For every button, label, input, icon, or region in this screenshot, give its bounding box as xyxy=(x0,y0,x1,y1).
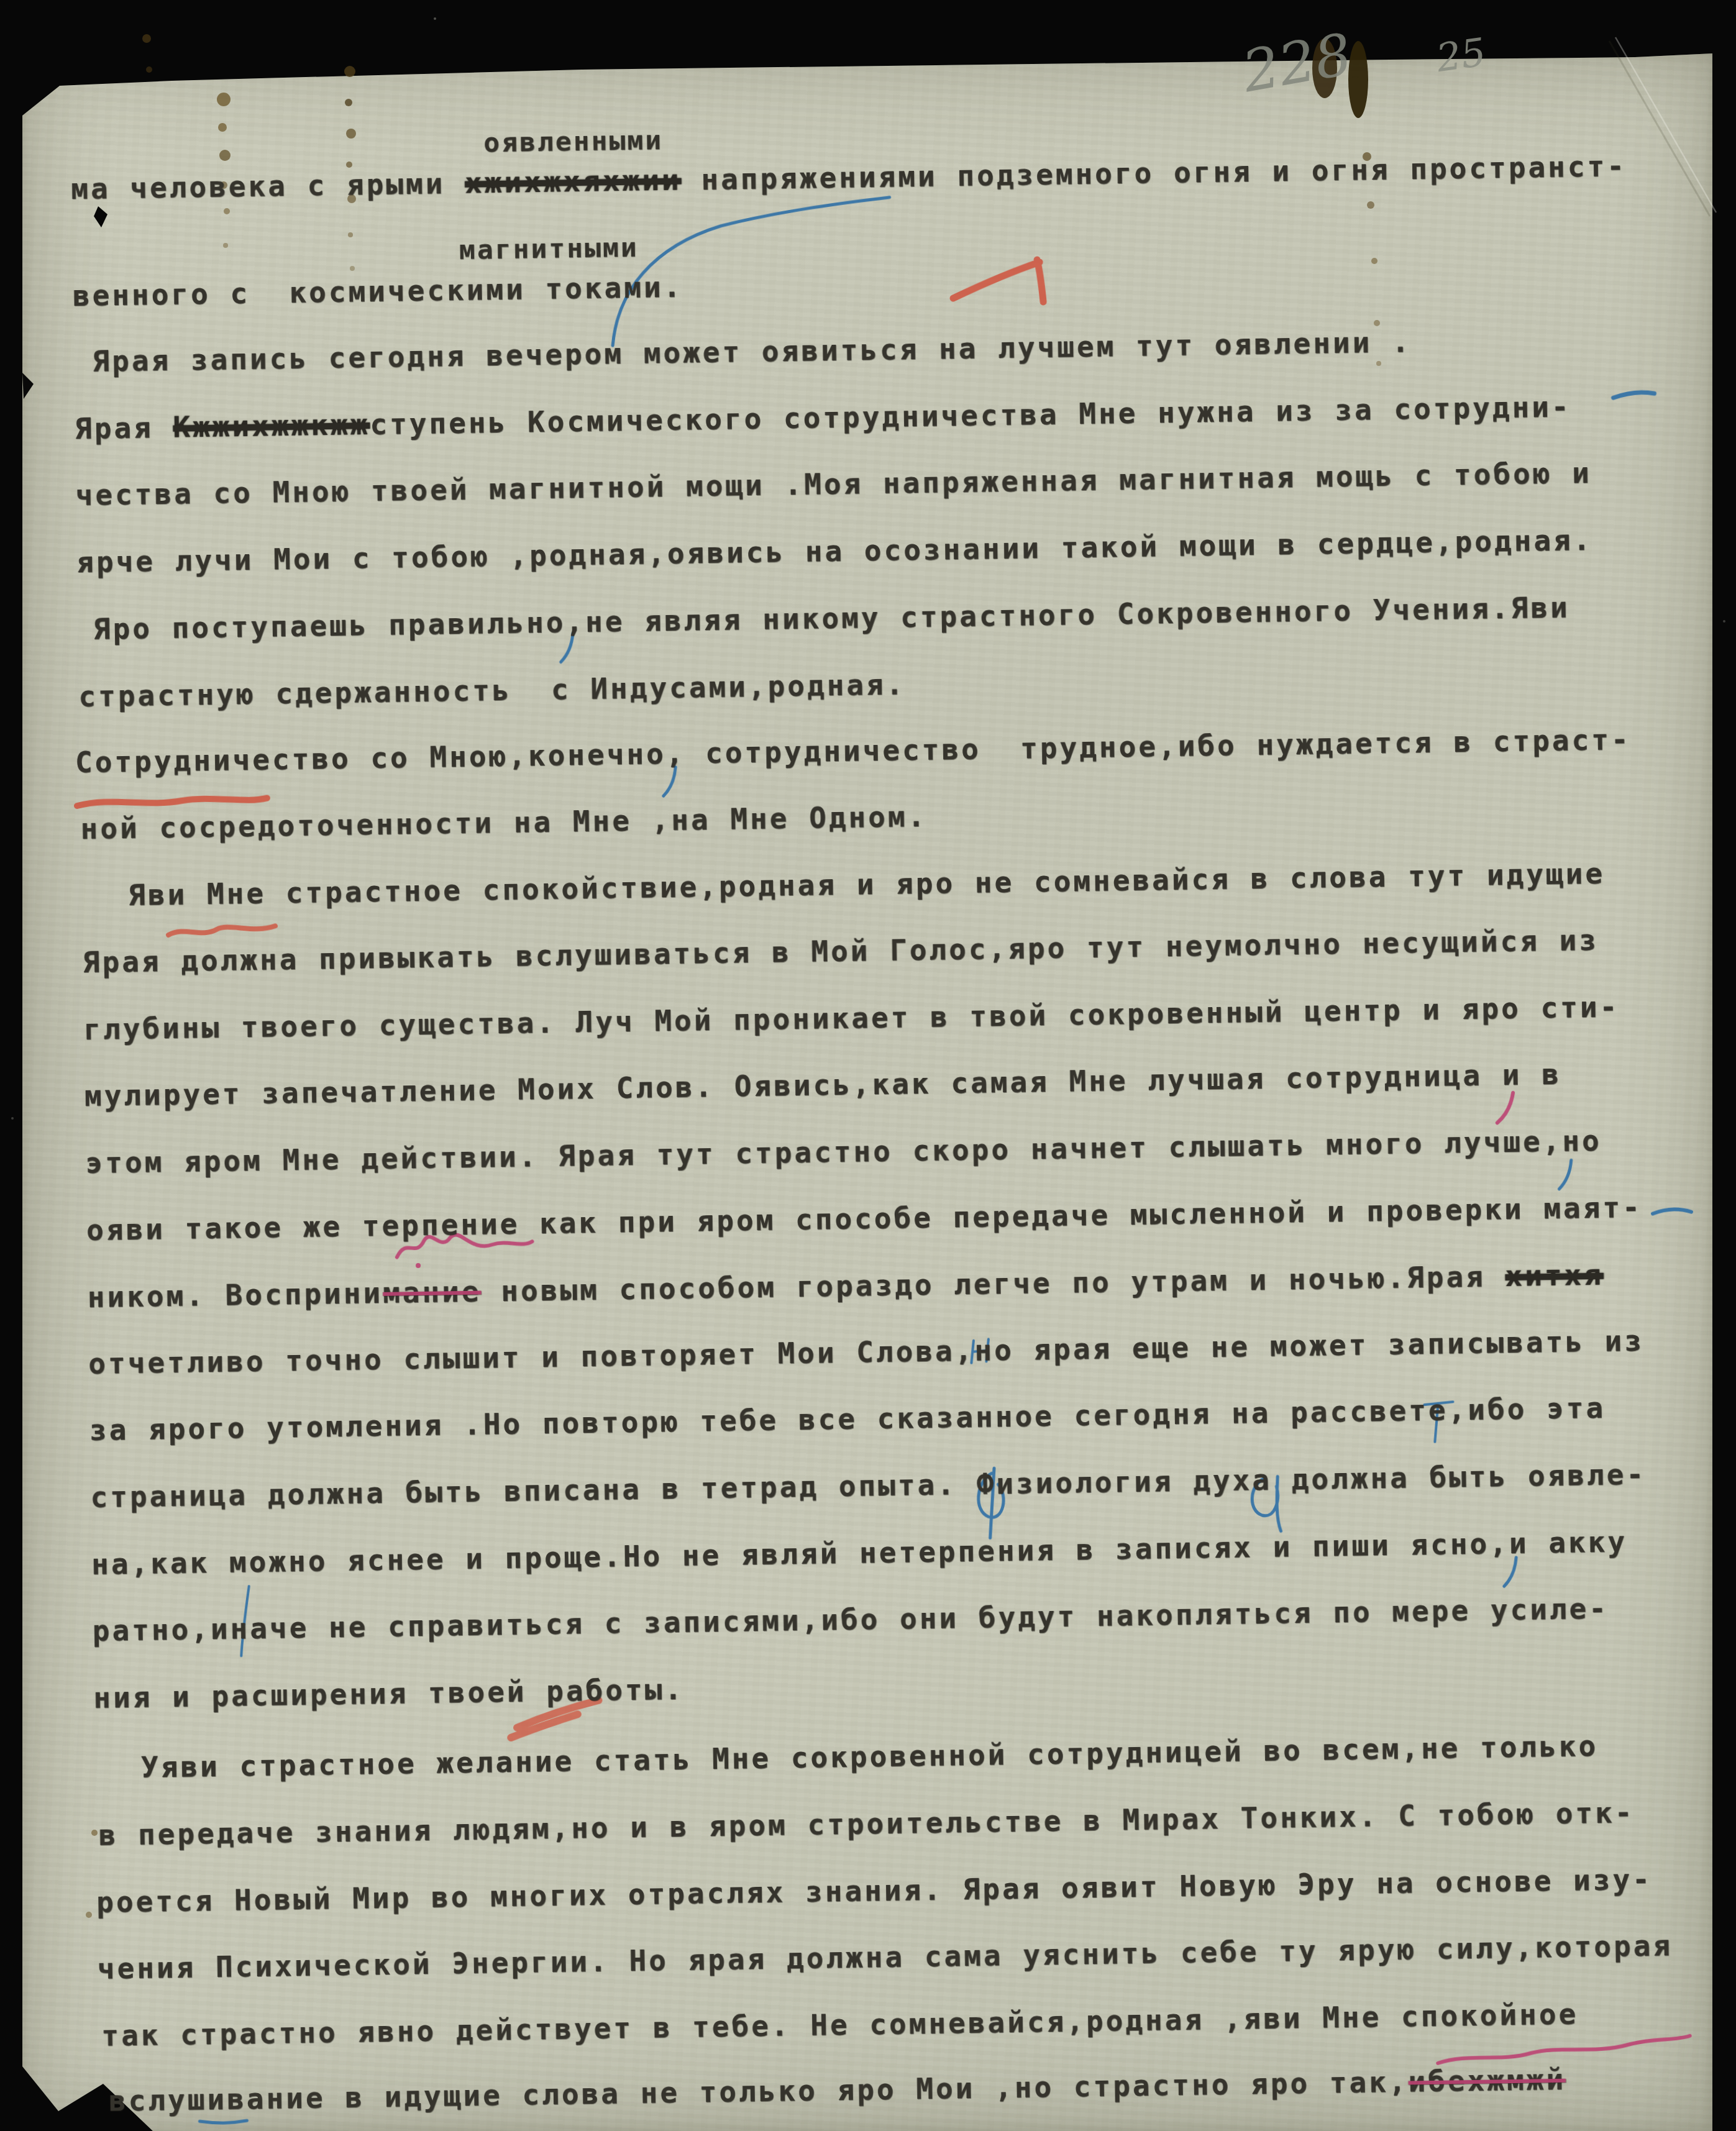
typed-line: мулирует запечатление Моих Слов. Оявись,… xyxy=(85,1060,1561,1110)
typed-text: в передаче знания людям,но и в яром стро… xyxy=(98,1796,1635,1852)
typed-text: на,как можно яснее и проще.Но не являй н… xyxy=(91,1525,1628,1581)
typed-text: чества со Мною твоей магнитной мощи .Моя… xyxy=(75,456,1592,512)
typed-line: венного с космическими токами. xyxy=(72,273,683,311)
typed-line: чества со Мною твоей магнитной мощи .Моя… xyxy=(75,459,1592,509)
typed-line: страница должна быть вписана в тетрад оп… xyxy=(90,1460,1646,1512)
typed-line: Ярая должна привыкать вслушиваться в Мой… xyxy=(82,926,1599,977)
typed-text: ния и расширения твоей работы. xyxy=(93,1672,685,1715)
typed-text: ма человека с ярыми xyxy=(71,167,465,206)
blue-end-dash xyxy=(1653,1209,1691,1213)
typed-text: за ярого утомления .Но повторю тебе все … xyxy=(89,1391,1606,1447)
typed-text: Яро поступаешь правильно,не являя никому… xyxy=(93,590,1570,646)
typed-line: Ярая Кжжихжжкжжступень Космического сотр… xyxy=(75,392,1571,443)
pink-struck-text: ибехжмжй xyxy=(1408,2063,1566,2099)
typed-text: чения Психической Энергии. Но ярая должн… xyxy=(97,1928,1673,1986)
typed-line: Уяви страстное желание стать Мне сокрове… xyxy=(141,1732,1599,1782)
typed-line: этом яром Мне действии. Ярая тут страстн… xyxy=(85,1126,1602,1177)
typed-line: вслушивание в идущие слова не только яро… xyxy=(109,2065,1566,2115)
typed-text: Уяви страстное желание стать Мне сокрове… xyxy=(141,1729,1599,1784)
typed-line: роется Новый Мир во многих отраслях знан… xyxy=(96,1865,1652,1917)
typed-text: ной сосредоточенности на Мне ,на Мне Одн… xyxy=(80,800,928,846)
blue-comma-mark xyxy=(663,767,676,796)
typed-text: ратно,иначе не справиться с записями,ибо… xyxy=(92,1592,1609,1648)
typed-text: новым способом гораздо легче по утрам и … xyxy=(481,1259,1505,1308)
scanned-document: 228 25 ма че xyxy=(0,0,1736,2131)
typed-line: Яро поступаешь правильно,не являя никому… xyxy=(93,593,1569,643)
typed-text: роется Новый Мир во многих отраслях знан… xyxy=(96,1863,1652,1919)
typed-text: ступень Космического сотрудничества Мне … xyxy=(370,390,1571,441)
typed-line: ником. Воспринимание новым способом гора… xyxy=(87,1261,1604,1312)
typed-text: Ярая xyxy=(75,411,173,445)
typed-line: глубины твоего существа. Луч Мой проника… xyxy=(83,992,1620,1044)
blue-underline-mark xyxy=(199,2120,247,2123)
typed-text: ярче лучи Мои с тобою ,родная,оявись на … xyxy=(76,523,1593,579)
typed-line: на,как можно яснее и проще.Но не являй н… xyxy=(91,1527,1628,1579)
typed-line: в передаче знания людям,но и в яром стро… xyxy=(98,1798,1635,1850)
typed-line: чения Психической Энергии. Но ярая должн… xyxy=(97,1931,1673,1983)
red-squiggle xyxy=(168,926,275,935)
typed-text: ояви такое же терпение как при яром спос… xyxy=(86,1190,1642,1247)
typed-text: Яви Мне страстное спокойствие,родная и я… xyxy=(128,857,1606,912)
typed-text: Ярая должна привыкать вслушиваться в Мой… xyxy=(82,923,1599,979)
interlinear-insertion: магнитными xyxy=(459,235,639,264)
typed-line: так страстно явно действует в тебе. Не с… xyxy=(101,1999,1578,2050)
typed-text: мулирует запечатление Моих Слов. Оявись,… xyxy=(85,1057,1562,1113)
blue-comma-mark xyxy=(1559,1160,1572,1189)
typed-text: глубины твоего существа. Луч Мой проника… xyxy=(83,990,1620,1046)
typed-text: страстную сдержанность с Индусами,родная… xyxy=(78,667,906,713)
typed-text: венного с космическими токами. xyxy=(72,270,683,313)
blue-end-dash xyxy=(1613,392,1654,398)
typed-line: Ярая запись сегодня вечером может оявить… xyxy=(92,327,1412,375)
typed-line: ояви такое же терпение как при яром спос… xyxy=(86,1193,1642,1244)
typed-line: отчетливо точно слышит и повторяет Мои С… xyxy=(88,1326,1644,1378)
typed-line: ратно,иначе не справиться с записями,ибо… xyxy=(92,1594,1609,1645)
typed-text: страница должна быть вписана в тетрад оп… xyxy=(90,1458,1646,1514)
typed-line: ярче лучи Мои с тобою ,родная,оявись на … xyxy=(76,526,1593,577)
interlinear-insertion: оявленными xyxy=(483,127,663,157)
typed-strikeout: хитхя xyxy=(1505,1258,1604,1293)
pink-strikeout-scribble xyxy=(1438,2036,1691,2063)
typed-text: ником. Восприни xyxy=(87,1276,383,1314)
blue-comma-mark xyxy=(1504,1558,1517,1586)
typed-strikeout: Кжжихжжкжж xyxy=(173,408,370,444)
typed-text: вслушивание в идущие слова не только яро… xyxy=(109,2065,1409,2118)
typed-text: Сотрудничество со Мною,конечно, сотрудни… xyxy=(75,723,1631,779)
typed-text: отчетливо точно слышит и повторяет Мои С… xyxy=(88,1324,1644,1380)
typed-text-block: ма человека с ярыми хжихжхяхжии напряжен… xyxy=(0,0,1736,2131)
typed-line: Яви Мне страстное спокойствие,родная и я… xyxy=(128,859,1605,910)
typed-text: напряжениями подземного огня и огня прос… xyxy=(681,149,1627,197)
typed-text: этом яром Мне действии. Ярая тут страстн… xyxy=(85,1124,1602,1180)
typed-line: Сотрудничество со Мною,конечно, сотрудни… xyxy=(75,725,1631,777)
typed-text: Ярая запись сегодня вечером может оявить… xyxy=(92,325,1412,378)
pink-struck-text: мание xyxy=(383,1275,482,1310)
red-check-mark xyxy=(953,260,1043,303)
typed-line: страстную сдержанность с Индусами,родная… xyxy=(78,670,906,711)
typed-line: ной сосредоточенности на Мне ,на Мне Одн… xyxy=(80,802,927,843)
typed-line: ния и расширения твоей работы. xyxy=(93,1675,684,1712)
typed-text: так страстно явно действует в тебе. Не с… xyxy=(101,1997,1579,2052)
typed-line: за ярого утомления .Но повторю тебе все … xyxy=(89,1394,1606,1444)
typed-strikeout: хжихжхяхжии xyxy=(465,163,682,200)
typed-line: ма человека с ярыми хжихжхяхжии напряжен… xyxy=(71,152,1627,203)
red-underline xyxy=(77,798,267,806)
pink-comma-mark xyxy=(1497,1093,1514,1123)
